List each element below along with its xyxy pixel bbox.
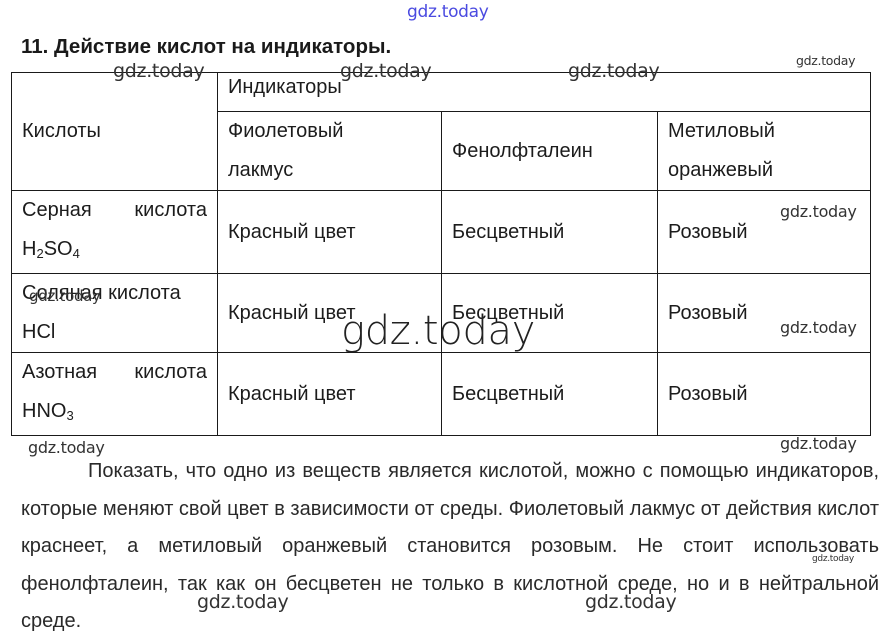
watermark: gdz.today (780, 202, 857, 221)
header-indicators: Индикаторы (218, 73, 871, 112)
header-phenol-label: Фенолфталеин (452, 140, 593, 162)
litmus-cell: Красный цвет (218, 191, 442, 274)
acid-formula: H2SO4 (22, 238, 80, 260)
page-title: 11. Действие кислот на индикаторы. (21, 35, 391, 59)
watermark: gdz.today (28, 438, 105, 457)
watermark: gdz.today (340, 60, 431, 82)
header-acids: Кислоты (12, 73, 218, 191)
header-methyl-line1: Метиловый (668, 120, 775, 142)
litmus-cell: Красный цвет (218, 353, 442, 436)
header-methyl-line2: оранжевый (668, 159, 773, 181)
header-litmus: Фиолетовыйлакмус (218, 112, 442, 191)
acid-cell: Азотная кислотаHNO3 (12, 353, 218, 436)
paragraph-text: Показать, что одно из веществ является к… (21, 453, 879, 641)
phenol-cell: Бесцветный (442, 353, 658, 436)
header-methyl: Метиловыйоранжевый (658, 112, 871, 191)
header-litmus-line1: Фиолетовый (228, 120, 343, 142)
table-row: Азотная кислотаHNO3 Красный цвет Бесцвет… (12, 353, 871, 436)
acid-cell: Серная кислотаH2SO4 (12, 191, 218, 274)
methyl-cell: Розовый (658, 274, 871, 353)
methyl-cell: Розовый (658, 353, 871, 436)
watermark: gdz.today (780, 318, 857, 337)
explanation-paragraph: Показать, что одно из веществ является к… (21, 453, 879, 641)
header-phenol: Фенолфталеин (442, 112, 658, 191)
indicator-table: Кислоты Индикаторы Фиолетовыйлакмус Фено… (11, 72, 871, 436)
watermark: gdz.today (197, 591, 288, 613)
watermark: gdz.today (780, 434, 857, 453)
header-litmus-line2: лакмус (228, 159, 293, 181)
watermark: gdz.today (812, 554, 854, 564)
acid-cell: Соляная кислотаHCl (12, 274, 218, 353)
watermark: gdz.today (796, 53, 855, 68)
acid-name: Азотная кислота (22, 353, 207, 392)
watermark-large: gdz.today (341, 308, 535, 354)
table-row: Серная кислотаH2SO4 Красный цвет Бесцвет… (12, 191, 871, 274)
watermark-top: gdz.today (407, 2, 489, 22)
header-indicators-label: Индикаторы (228, 76, 342, 98)
acid-formula: HCl (22, 321, 55, 343)
watermark: gdz.today (113, 60, 204, 82)
phenol-cell: Бесцветный (442, 191, 658, 274)
acid-formula: HNO3 (22, 400, 74, 422)
watermark: gdz.today (29, 287, 101, 305)
watermark: gdz.today (585, 591, 676, 613)
acid-name: Серная кислота (22, 191, 207, 230)
header-acids-label: Кислоты (22, 120, 101, 142)
watermark: gdz.today (568, 60, 659, 82)
